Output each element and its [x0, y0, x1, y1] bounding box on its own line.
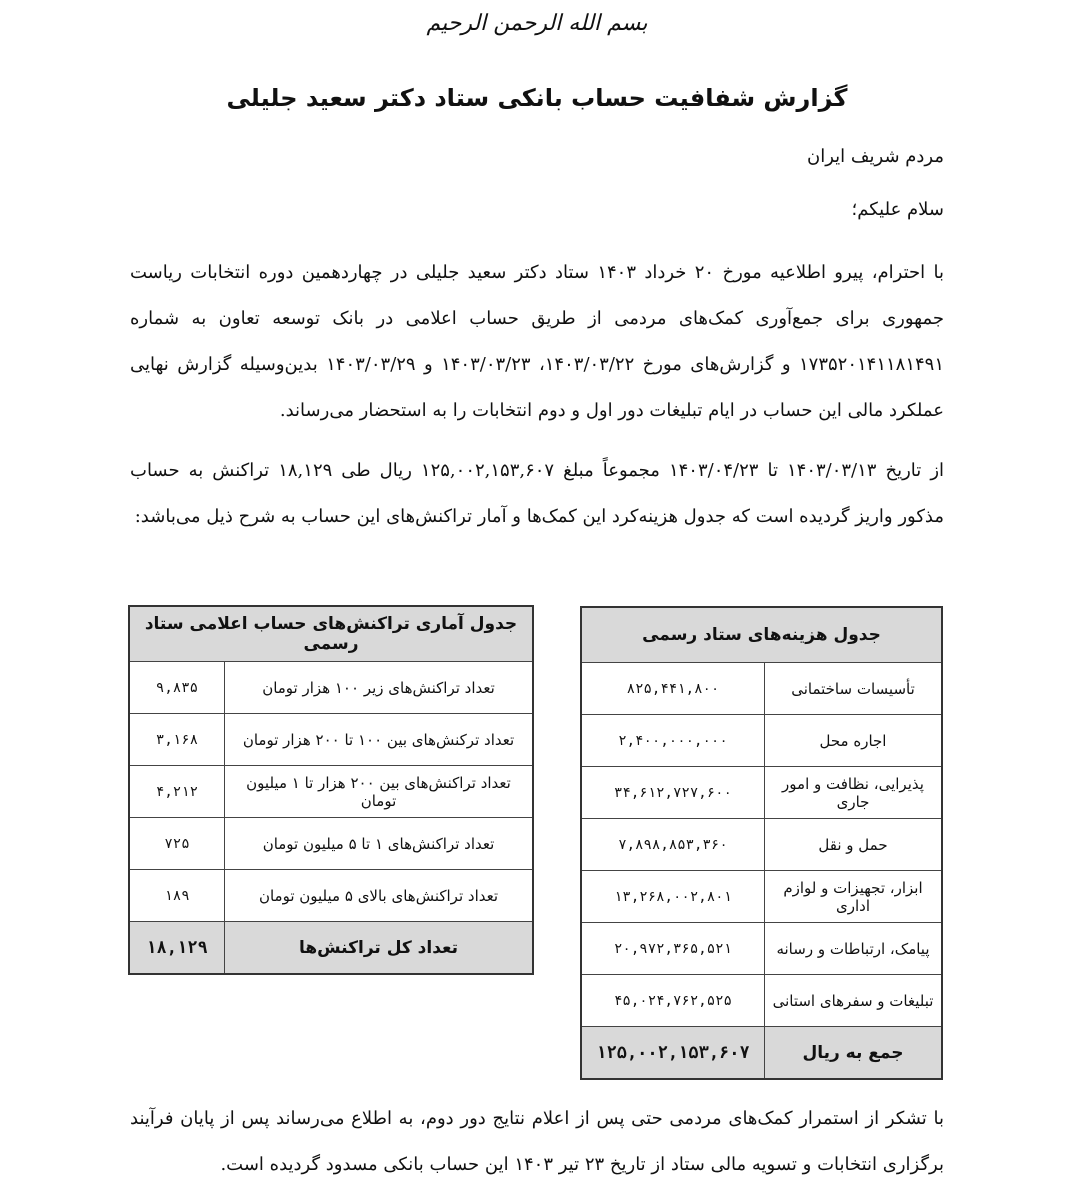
table-row: تعداد تراکنش‌های بالای ۵ میلیون تومان۱۸۹	[129, 870, 533, 922]
table-row: تعداد تراکنش‌های زیر ۱۰۰ هزار تومان۹,۸۳۵	[129, 662, 533, 714]
total-label: تعداد کل تراکنش‌ها	[225, 922, 534, 975]
table-row: پیامک، ارتباطات و رسانه۲۰,۹۷۲,۳۶۵,۵۲۱	[581, 923, 942, 975]
table-row: تأسیسات ساختمانی۸۲۵,۴۴۱,۸۰۰	[581, 663, 942, 715]
stats-label: تعداد تراکنش‌های ۱ تا ۵ میلیون تومان	[225, 818, 534, 870]
expense-value: ۲۰,۹۷۲,۳۶۵,۵۲۱	[581, 923, 765, 975]
expense-value: ۱۳,۲۶۸,۰۰۲,۸۰۱	[581, 871, 765, 923]
table-row: تعداد ترکنش‌های بین ۱۰۰ تا ۲۰۰ هزار توما…	[129, 714, 533, 766]
expense-label: تأسیسات ساختمانی	[765, 663, 943, 715]
table-row: ابزار، تجهیزات و لوازم اداری۱۳,۲۶۸,۰۰۲,۸…	[581, 871, 942, 923]
expense-value: ۸۲۵,۴۴۱,۸۰۰	[581, 663, 765, 715]
total-value: ۱۸,۱۲۹	[129, 922, 225, 975]
stats-value: ۱۸۹	[129, 870, 225, 922]
intro-paragraph: با احترام، پیرو اطلاعیه مورخ ۲۰ خرداد ۱۴…	[130, 250, 944, 434]
expense-label: تبلیغات و سفرهای استانی	[765, 975, 943, 1027]
stats-table-title: جدول آماری تراکنش‌های حساب اعلامی ستاد ر…	[129, 606, 533, 662]
stats-label: تعداد ترکنش‌های بین ۱۰۰ تا ۲۰۰ هزار توما…	[225, 714, 534, 766]
stats-value: ۷۲۵	[129, 818, 225, 870]
expense-value: ۷,۸۹۸,۸۵۳,۳۶۰	[581, 819, 765, 871]
page-title: گزارش شفافیت حساب بانکی ستاد دکتر سعید ج…	[0, 78, 1074, 118]
expense-label: پیامک، ارتباطات و رسانه	[765, 923, 943, 975]
expense-label: پذیرایی، نظافت و امور جاری	[765, 767, 943, 819]
stats-value: ۴,۲۱۲	[129, 766, 225, 818]
expense-value: ۳۴,۶۱۲,۷۲۷,۶۰۰	[581, 767, 765, 819]
table-row: اجاره محل۲,۴۰۰,۰۰۰,۰۰۰	[581, 715, 942, 767]
greeting-line-2: سلام علیکم؛	[130, 187, 944, 233]
greeting-line-1: مردم شریف ایران	[130, 134, 944, 180]
total-row: تعداد کل تراکنش‌ها۱۸,۱۲۹	[129, 922, 533, 975]
stats-label: تعداد تراکنش‌های بین ۲۰۰ هزار تا ۱ میلیو…	[225, 766, 534, 818]
table-row: تعداد تراکنش‌های ۱ تا ۵ میلیون تومان۷۲۵	[129, 818, 533, 870]
summary-paragraph: از تاریخ ۱۴۰۳/۰۳/۱۳ تا ۱۴۰۳/۰۴/۲۳ مجموعا…	[130, 448, 944, 540]
table-row: حمل و نقل۷,۸۹۸,۸۵۳,۳۶۰	[581, 819, 942, 871]
expense-table-title: جدول هزینه‌های ستاد رسمی	[581, 607, 942, 663]
expense-label: حمل و نقل	[765, 819, 943, 871]
stats-label: تعداد تراکنش‌های زیر ۱۰۰ هزار تومان	[225, 662, 534, 714]
table-row: تبلیغات و سفرهای استانی۴۵,۰۲۴,۷۶۲,۵۲۵	[581, 975, 942, 1027]
stats-label: تعداد تراکنش‌های بالای ۵ میلیون تومان	[225, 870, 534, 922]
expense-value: ۲,۴۰۰,۰۰۰,۰۰۰	[581, 715, 765, 767]
total-value: ۱۲۵,۰۰۲,۱۵۳,۶۰۷	[581, 1027, 765, 1080]
table-row: تعداد تراکنش‌های بین ۲۰۰ هزار تا ۱ میلیو…	[129, 766, 533, 818]
expense-table: جدول هزینه‌های ستاد رسمی تأسیسات ساختمان…	[580, 606, 943, 1080]
expense-value: ۴۵,۰۲۴,۷۶۲,۵۲۵	[581, 975, 765, 1027]
stats-value: ۳,۱۶۸	[129, 714, 225, 766]
stats-value: ۹,۸۳۵	[129, 662, 225, 714]
total-label: جمع به ریال	[765, 1027, 943, 1080]
expense-label: ابزار، تجهیزات و لوازم اداری	[765, 871, 943, 923]
bismillah-heading: بسم الله الرحمن الرحیم	[0, 4, 1074, 44]
total-row: جمع به ریال۱۲۵,۰۰۲,۱۵۳,۶۰۷	[581, 1027, 942, 1080]
table-row: پذیرایی، نظافت و امور جاری۳۴,۶۱۲,۷۲۷,۶۰۰	[581, 767, 942, 819]
expense-label: اجاره محل	[765, 715, 943, 767]
transaction-stats-table: جدول آماری تراکنش‌های حساب اعلامی ستاد ر…	[128, 605, 534, 975]
closing-paragraph: با تشکر از استمرار کمک‌های مردمی حتی پس …	[130, 1096, 944, 1188]
